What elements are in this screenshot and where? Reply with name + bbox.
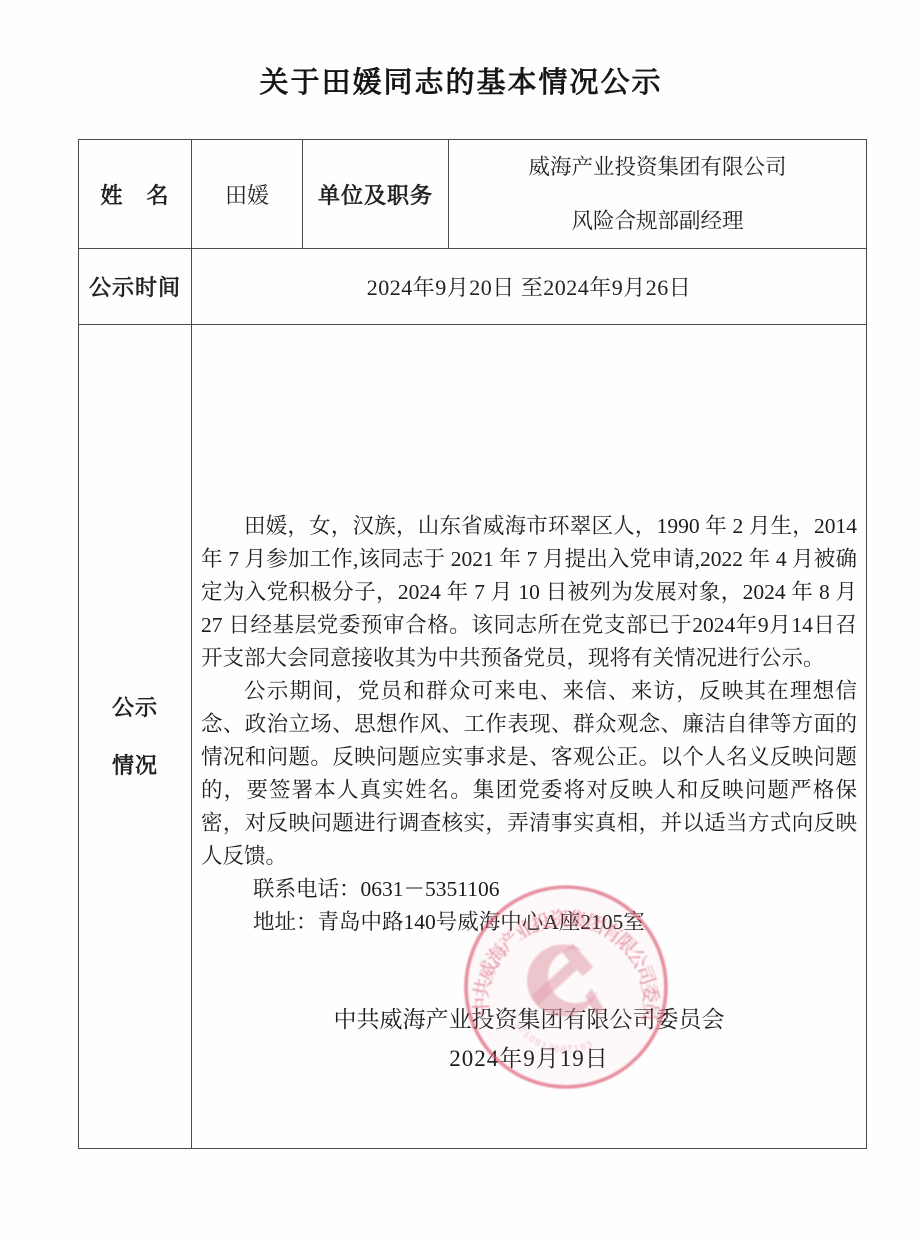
document-title: 关于田媛同志的基本情况公示: [0, 60, 922, 101]
period-value-cell: 2024年9月20日 至2024年9月26日: [192, 249, 867, 325]
details-content: 田媛，女，汉族，山东省威海市环翠区人，1990 年 2 月生，2014 年 7 …: [192, 398, 866, 1075]
issue-date: 2024年9月19日: [201, 1042, 857, 1075]
unit-position-line: 风险合规部副经理: [449, 194, 866, 248]
table-row-details: 公示 情况 田媛，女，汉族，山东省威海市环翠区人，1990 年 2 月生，201…: [79, 325, 867, 1149]
issuer-signature: 中共威海产业投资集团有限公司委员会: [201, 1003, 857, 1036]
contact-address-line: 地址：青岛中路140号威海中心A座2105室: [253, 906, 857, 939]
unit-value-cell: 威海产业投资集团有限公司 风险合规部副经理: [449, 140, 867, 249]
table-row-name: 姓 名 田媛 单位及职务 威海产业投资集团有限公司 风险合规部副经理: [79, 140, 867, 249]
notice-table: 姓 名 田媛 单位及职务 威海产业投资集团有限公司 风险合规部副经理 公示时间 …: [78, 139, 867, 1149]
scanned-notice-page: 关于田媛同志的基本情况公示 姓 名 田媛 单位及职务 威海产业投资集团有限公司 …: [0, 0, 922, 1244]
unit-label-cell: 单位及职务: [303, 140, 449, 249]
details-label-cell: 公示 情况: [79, 325, 192, 1149]
details-content-cell: 田媛，女，汉族，山东省威海市环翠区人，1990 年 2 月生，2014 年 7 …: [192, 325, 867, 1149]
contact-phone-line: 联系电话：0631－5351106: [253, 873, 857, 906]
details-label-line1: 公示: [79, 697, 191, 719]
name-label-cell: 姓 名: [79, 140, 192, 249]
details-label-line2: 情况: [79, 755, 191, 777]
feedback-instructions-paragraph: 公示期间，党员和群众可来电、来信、来访，反映其在理想信念、政治立场、思想作风、工…: [201, 675, 857, 873]
name-value-cell: 田媛: [192, 140, 303, 249]
table-row-period: 公示时间 2024年9月20日 至2024年9月26日: [79, 249, 867, 325]
details-label-gap: [79, 719, 191, 755]
period-label-cell: 公示时间: [79, 249, 192, 325]
unit-company-line: 威海产业投资集团有限公司: [449, 140, 866, 194]
biography-paragraph: 田媛，女，汉族，山东省威海市环翠区人，1990 年 2 月生，2014 年 7 …: [201, 510, 857, 675]
